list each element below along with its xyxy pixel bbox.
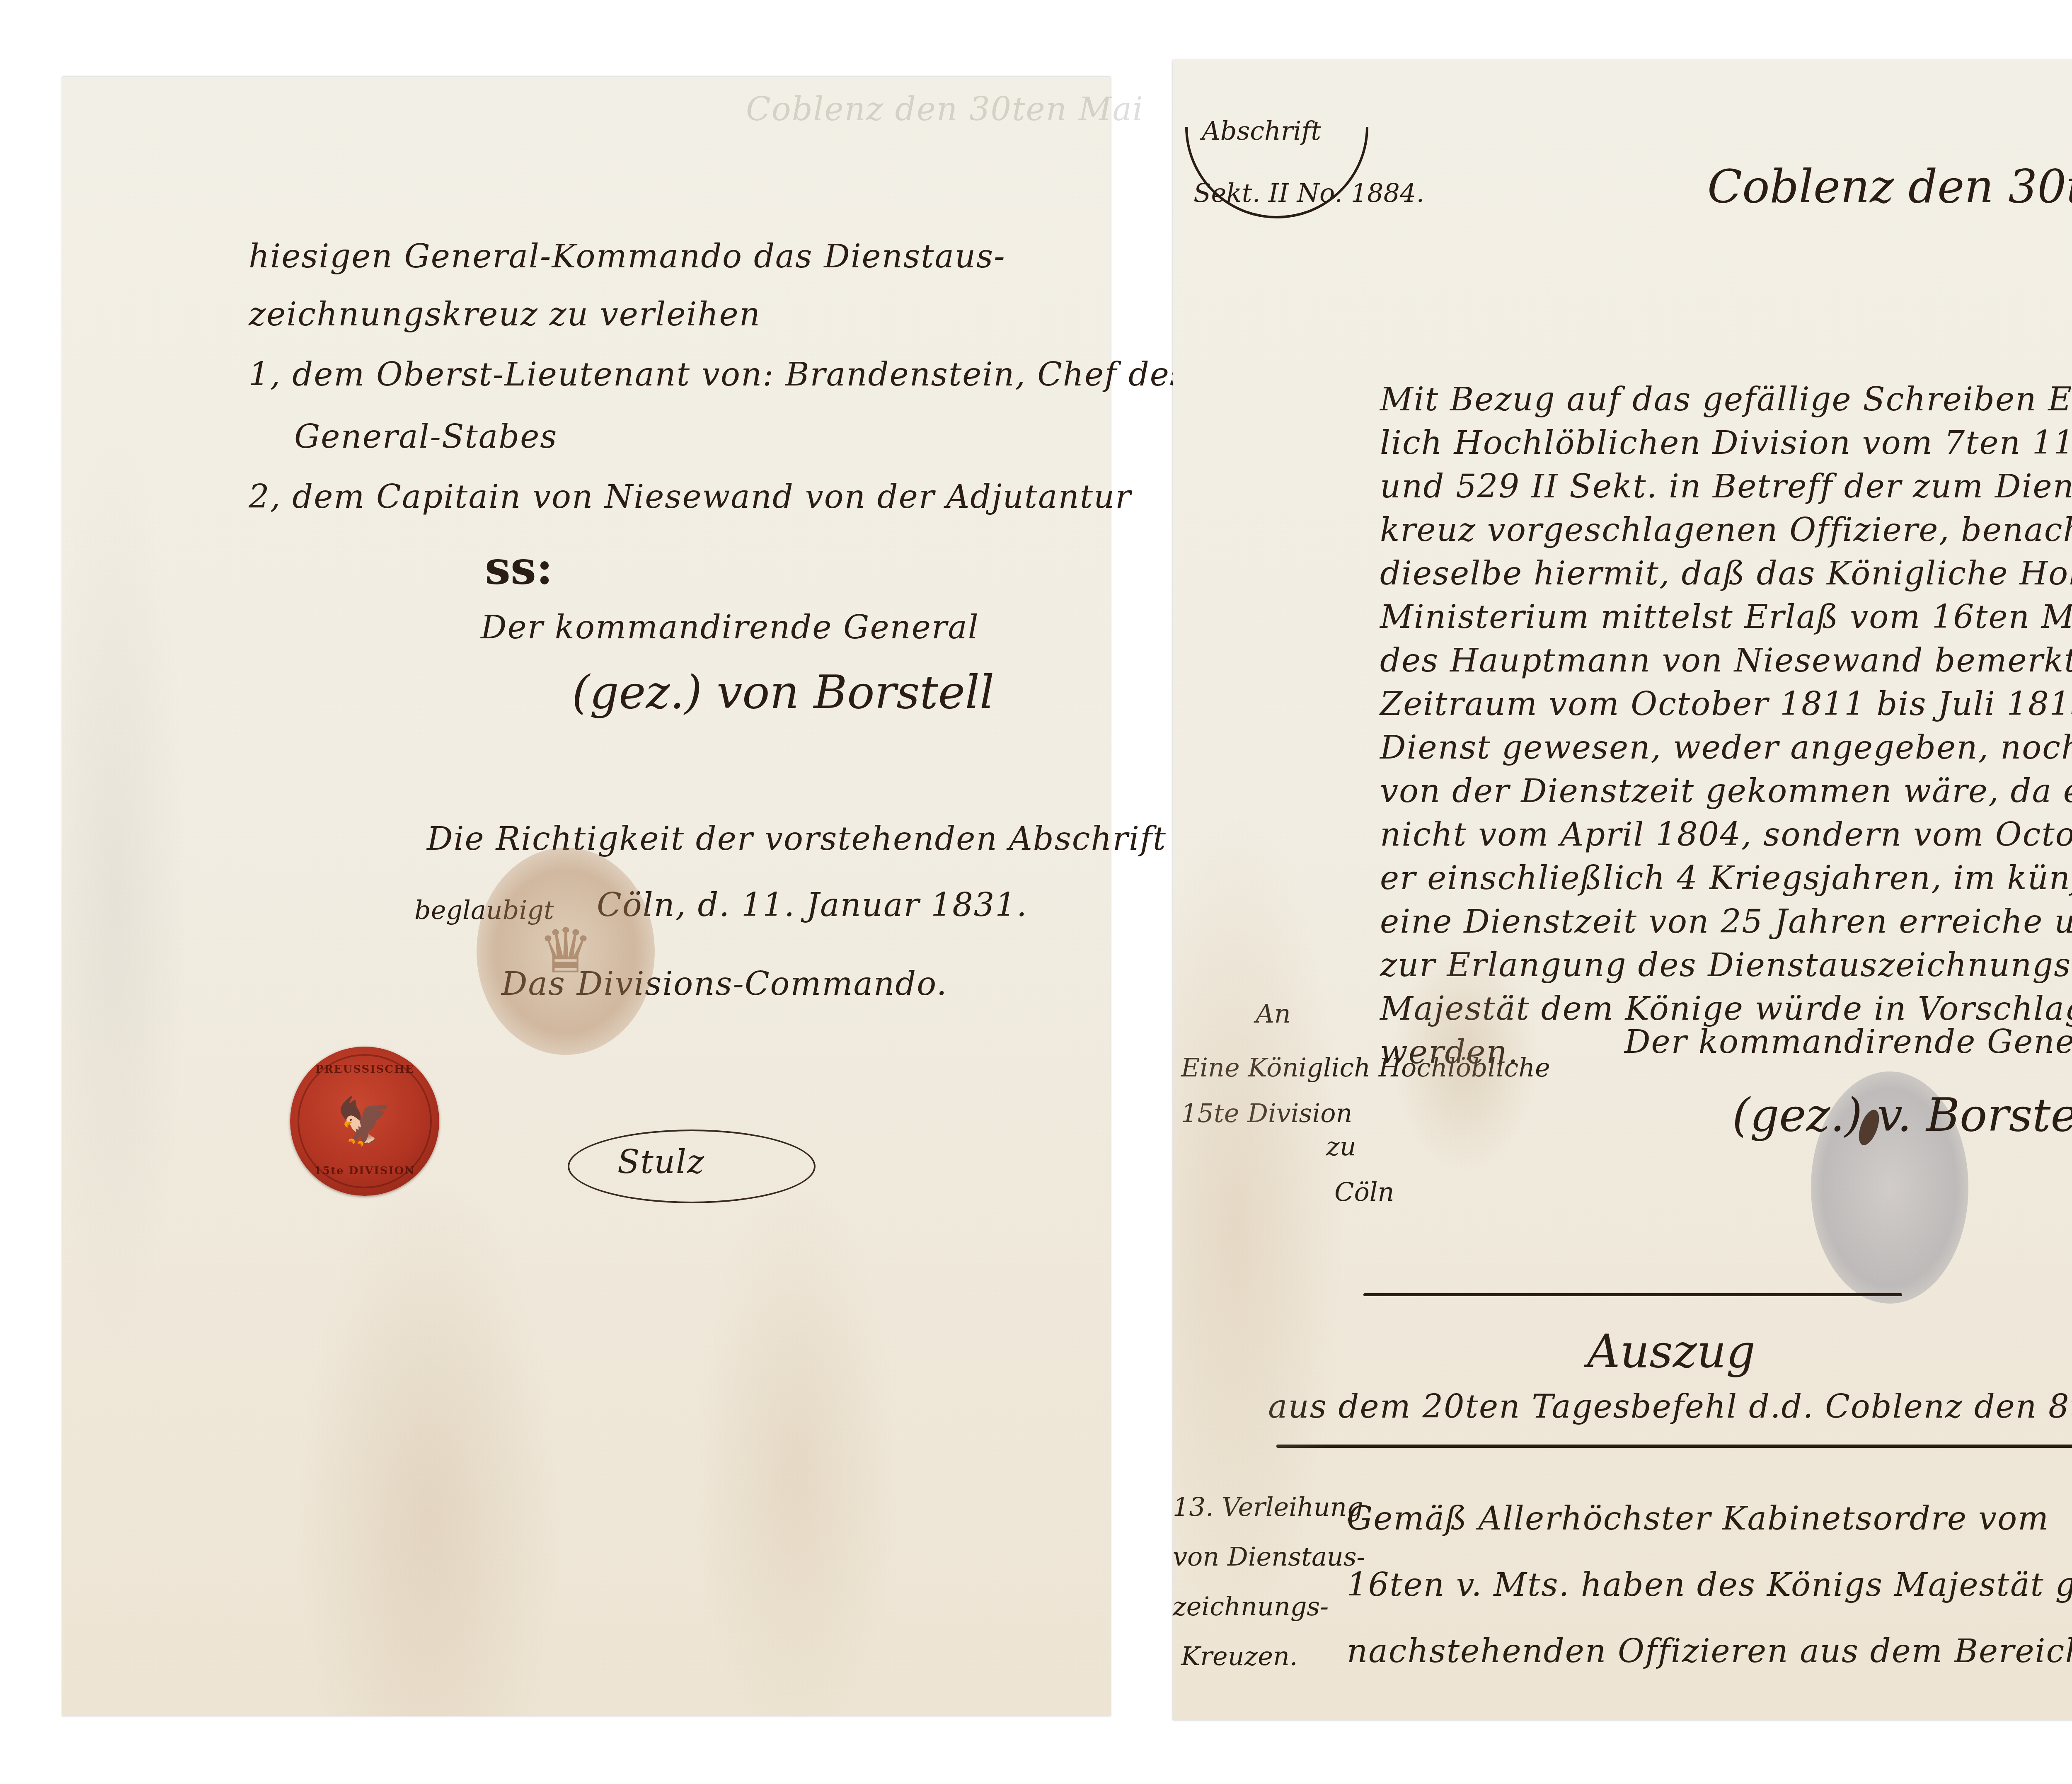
margin-note-line: von Dienstaus-: [1173, 1544, 1365, 1570]
body-line: General-Stabes: [294, 421, 557, 453]
margin-note-line: 13. Verleihung: [1173, 1494, 1363, 1520]
body-line: des Hauptmann von Niesewand bemerkt hat,…: [1380, 645, 2072, 677]
address-line: zu: [1326, 1134, 1356, 1159]
body-line: hiesigen General-Kommando das Dienstaus-: [249, 240, 1006, 273]
extract-subtitle: aus dem 20ten Tagesbefehl d.d. Coblenz d…: [1268, 1391, 2072, 1423]
section-divider: [1363, 1293, 1902, 1296]
body-line: 2, dem Capitain von Niesewand von der Ad…: [249, 481, 1132, 513]
body-line: Mit Bezug auf das gefällige Schreiben Ei…: [1380, 383, 2072, 416]
left-document-page: Coblenz den 30ten Mai hiesigen General-K…: [62, 77, 1111, 1716]
header-abschrift: Abschrift: [1202, 118, 1321, 144]
general-signature: (gez.) v. Borstell: [1732, 1092, 2072, 1138]
address-line: Eine Königlich Hochlöbliche: [1181, 1055, 1550, 1081]
crown-icon: ♛: [538, 915, 593, 987]
bleed-through-text: Coblenz den 30ten Mai: [746, 93, 1144, 126]
body-line: Ministerium mittelst Erlaß vom 16ten Mai…: [1380, 601, 2072, 633]
body-line: von der Dienstzeit gekommen wäre, da er …: [1380, 775, 2072, 807]
header-section-number: Sekt. II No. 1884.: [1193, 180, 1424, 206]
seal-legend-top: PREUSSISCHE: [315, 1063, 414, 1076]
body-line: Zeitraum vom October 1811 bis Juli 1813,…: [1380, 688, 2072, 720]
body-line: Dienst gewesen, weder angegeben, noch in…: [1380, 732, 2072, 764]
body-line: zeichnungskreuz zu verleihen: [249, 298, 761, 331]
extract-underline: [1276, 1445, 2072, 1448]
body-line: er einschließlich 4 Kriegsjahren, im kün…: [1380, 862, 2072, 894]
extract-body-line: Gemäß Allerhöchster Kabinetsordre vom: [1347, 1503, 2049, 1535]
right-document-page: Abschrift Sekt. II No. 1884. Coblenz den…: [1173, 60, 2072, 1720]
body-line: 1, dem Oberst-Lieutenant von: Brandenste…: [249, 359, 1187, 391]
extract-body-line: nachstehenden Offizieren aus dem Bereich…: [1347, 1635, 2072, 1668]
margin-note-line: zeichnungs-: [1173, 1594, 1329, 1619]
address-line: 15te Division: [1181, 1100, 1353, 1126]
closing-formula: Der kommandirende General: [481, 611, 979, 644]
certification-place-date: Cöln, d. 11. Januar 1831.: [597, 889, 1028, 921]
body-line: kreuz vorgeschlagenen Offiziere, benachr…: [1380, 514, 2072, 546]
embossed-paper-seal: ♛: [477, 848, 655, 1055]
certification-line: Die Richtigkeit der vorstehenden Abschri…: [427, 823, 1167, 855]
red-wax-seal: PREUSSISCHE 🦅 15te DIVISION: [290, 1047, 439, 1196]
body-line: nicht vom April 1804, sondern vom Octobe…: [1380, 819, 2072, 851]
body-line: zur Erlangung des Dienstauszeichnungskre…: [1380, 949, 2072, 982]
extract-title: Auszug: [1587, 1328, 1755, 1374]
body-line: eine Dienstzeit von 25 Jahren erreiche u…: [1380, 906, 2072, 938]
address-prefix: An: [1256, 1001, 1291, 1027]
margin-note-line: Kreuzen.: [1181, 1643, 1298, 1669]
seal-legend-bottom: 15te DIVISION: [314, 1165, 415, 1177]
body-line: dieselbe hiermit, daß das Königliche Hoh…: [1380, 557, 2072, 590]
body-line: und 529 II Sekt. in Betreff der zum Dien…: [1380, 470, 2072, 503]
closing-formula: Der kommandirende General: [1624, 1026, 2072, 1058]
abbreviation-mark: ss:: [485, 545, 553, 591]
general-signature: (gez.) von Borstell: [572, 669, 994, 715]
body-line: lich Hochlöblichen Division vom 7ten 11t…: [1380, 427, 2072, 459]
body-line: Majestät dem Könige würde in Vorschlag g…: [1380, 993, 2072, 1025]
extract-body-line: 16ten v. Mts. haben des Königs Majestät …: [1347, 1569, 2072, 1601]
commander-signature: Stulz: [617, 1146, 705, 1178]
place-and-date: Coblenz den 30ten Mai 1826.: [1707, 164, 2072, 209]
address-line: Cöln: [1334, 1179, 1394, 1205]
